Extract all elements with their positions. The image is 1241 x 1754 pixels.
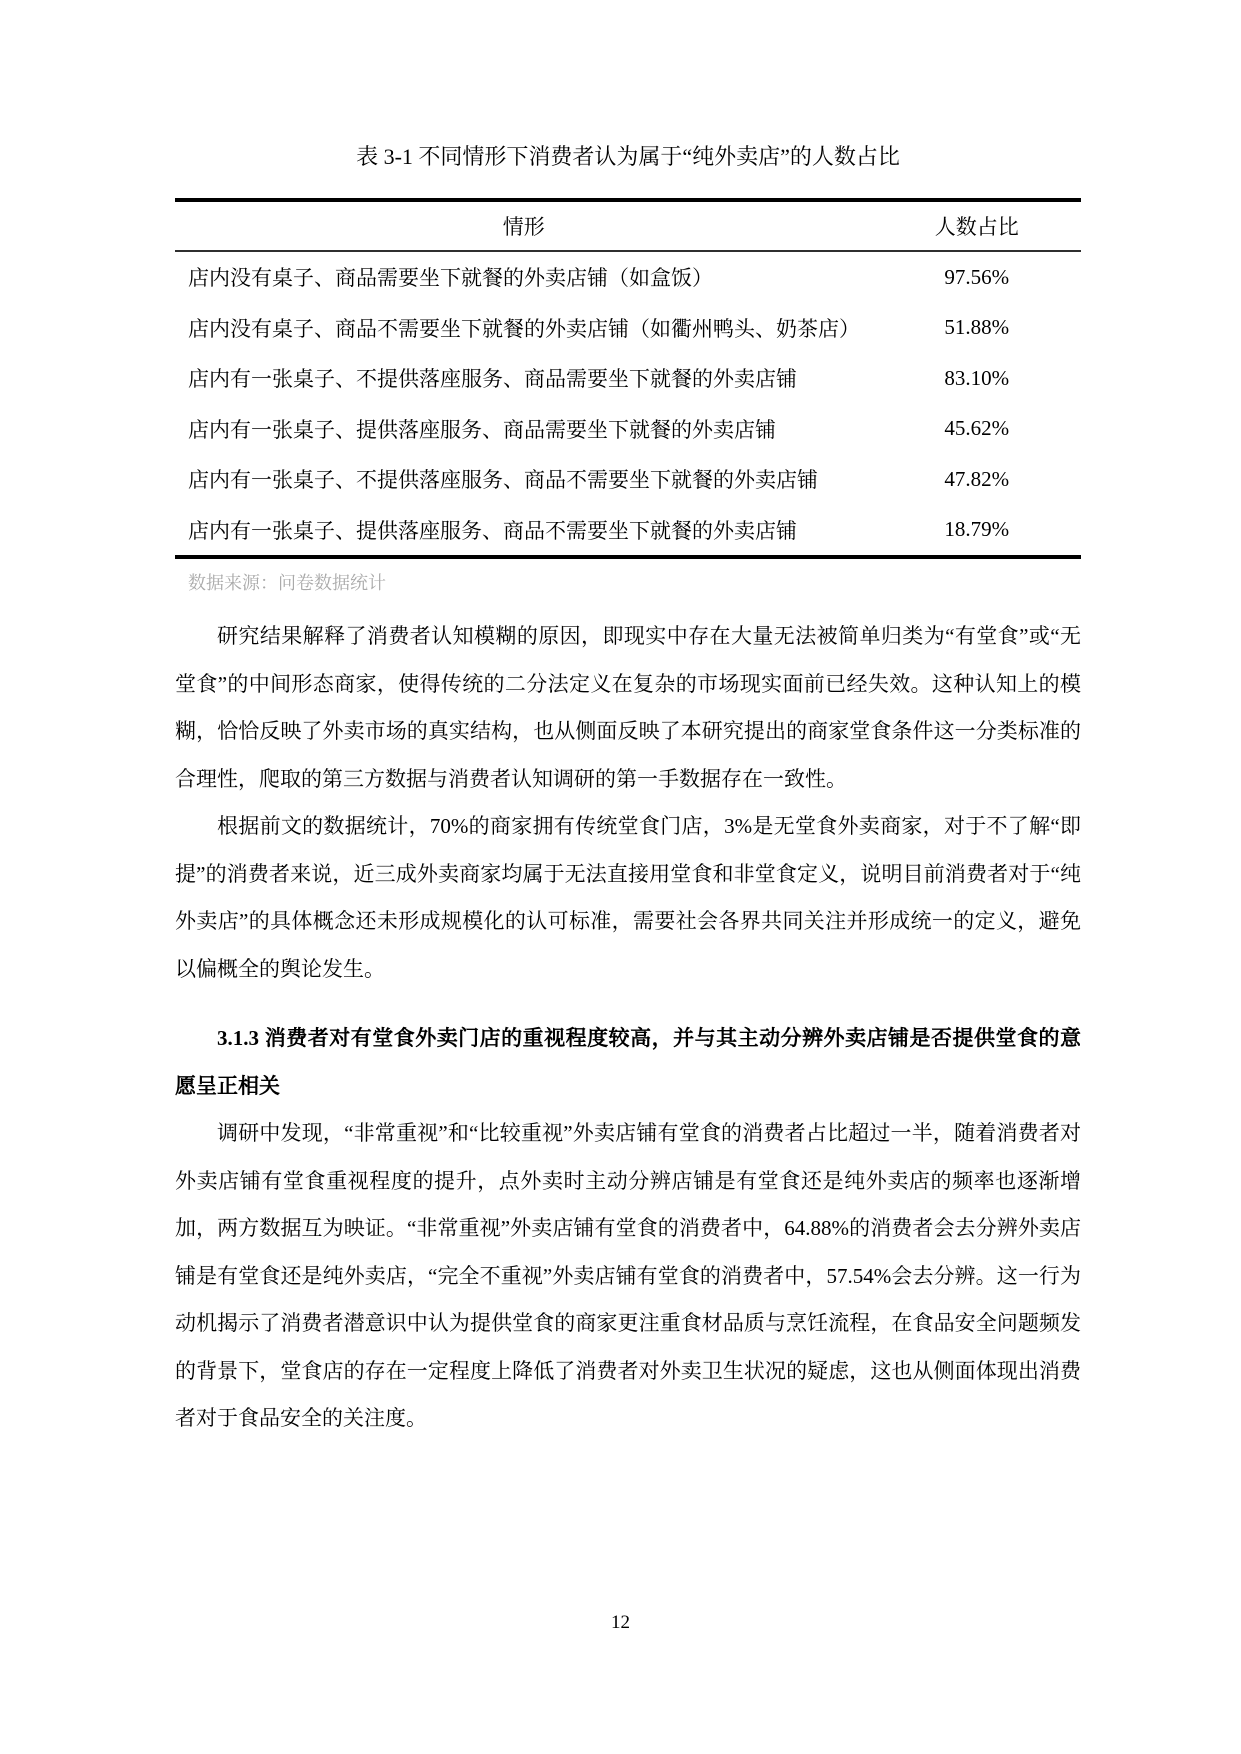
table-caption: 表 3-1 不同情形下消费者认为属于“纯外卖店”的人数占比: [175, 0, 1081, 172]
percentage-cell: 83.10%: [873, 353, 1081, 404]
table-header-percentage: 人数占比: [873, 200, 1081, 251]
paragraph-2: 根据前文的数据统计，70%的商家拥有传统堂食门店，3%是无堂食外卖商家，对于不了…: [175, 803, 1081, 993]
percentage-cell: 47.82%: [873, 454, 1081, 505]
section-heading-3-1-3: 3.1.3 消费者对有堂食外卖门店的重视程度较高，并与其主动分辨外卖店铺是否提供…: [175, 1015, 1081, 1110]
situation-cell: 店内有一张桌子、不提供落座服务、商品需要坐下就餐的外卖店铺: [175, 353, 873, 404]
percentage-cell: 97.56%: [873, 251, 1081, 303]
page-content: 表 3-1 不同情形下消费者认为属于“纯外卖店”的人数占比 情形 人数占比 店内…: [0, 0, 1241, 1443]
table-row: 店内有一张桌子、不提供落座服务、商品需要坐下就餐的外卖店铺 83.10%: [175, 353, 1081, 404]
page-footer: 12: [0, 1612, 1241, 1634]
paragraph-1: 研究结果解释了消费者认知模糊的原因，即现实中存在大量无法被简单归类为“有堂食”或…: [175, 613, 1081, 803]
paragraph-3: 调研中发现，“非常重视”和“比较重视”外卖店铺有堂食的消费者占比超过一半，随着消…: [175, 1110, 1081, 1443]
situation-cell: 店内没有桌子、商品不需要坐下就餐的外卖店铺（如衢州鸭头、奶茶店）: [175, 303, 873, 354]
table-header-row: 情形 人数占比: [175, 200, 1081, 251]
situation-cell: 店内有一张桌子、不提供落座服务、商品不需要坐下就餐的外卖店铺: [175, 454, 873, 505]
table-header-situation: 情形: [175, 200, 873, 251]
data-source-note: 数据来源：问卷数据统计: [175, 570, 1081, 596]
percentage-cell: 18.79%: [873, 505, 1081, 558]
situation-cell: 店内有一张桌子、提供落座服务、商品需要坐下就餐的外卖店铺: [175, 404, 873, 455]
percentage-cell: 51.88%: [873, 303, 1081, 354]
situation-cell: 店内没有桌子、商品需要坐下就餐的外卖店铺（如盒饭）: [175, 251, 873, 303]
table-row: 店内没有桌子、商品不需要坐下就餐的外卖店铺（如衢州鸭头、奶茶店） 51.88%: [175, 303, 1081, 354]
table-row: 店内有一张桌子、不提供落座服务、商品不需要坐下就餐的外卖店铺 47.82%: [175, 454, 1081, 505]
page-number: 12: [611, 1612, 630, 1633]
data-table: 情形 人数占比 店内没有桌子、商品需要坐下就餐的外卖店铺（如盒饭） 97.56%…: [175, 198, 1081, 559]
table-row: 店内有一张桌子、提供落座服务、商品需要坐下就餐的外卖店铺 45.62%: [175, 404, 1081, 455]
table-row: 店内有一张桌子、提供落座服务、商品不需要坐下就餐的外卖店铺 18.79%: [175, 505, 1081, 558]
situation-cell: 店内有一张桌子、提供落座服务、商品不需要坐下就餐的外卖店铺: [175, 505, 873, 558]
table-row: 店内没有桌子、商品需要坐下就餐的外卖店铺（如盒饭） 97.56%: [175, 251, 1081, 303]
percentage-cell: 45.62%: [873, 404, 1081, 455]
document-page: 表 3-1 不同情形下消费者认为属于“纯外卖店”的人数占比 情形 人数占比 店内…: [0, 0, 1241, 1754]
